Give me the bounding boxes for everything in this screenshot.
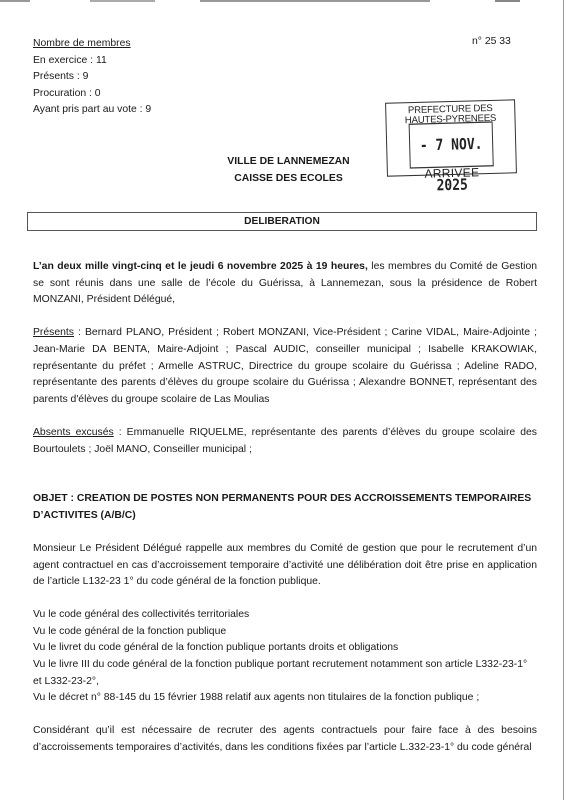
- vu-item: Vu le livret du code général de la fonct…: [33, 640, 537, 657]
- scan-edge-right: [563, 0, 564, 800]
- intro-bold: L’an deux mille vingt-cinq et le jeudi 6…: [33, 261, 368, 272]
- vu-item: Vu le code général des collectivités ter…: [33, 607, 537, 624]
- absents-label: Absents excusés: [33, 427, 114, 438]
- vu-list: Vu le code général des collectivités ter…: [33, 607, 537, 707]
- members-line: En exercice : 11: [33, 53, 151, 70]
- vu-item: Vu le décret n° 88-145 du 15 février 198…: [33, 690, 537, 707]
- rappel-paragraph: Monsieur Le Président Délégué rappelle a…: [33, 541, 537, 591]
- members-title: Nombre de membres: [33, 36, 151, 53]
- scan-edge-top: [0, 0, 567, 2]
- document-body: L’an deux mille vingt-cinq et le jeudi 6…: [33, 259, 537, 773]
- members-line: Ayant pris part au vote : 9: [33, 102, 151, 119]
- presents-text: : Bernard PLANO, Président ; Robert MONZ…: [33, 327, 537, 404]
- members-line: Présents : 9: [33, 69, 151, 86]
- members-line: Procuration : 0: [33, 86, 151, 103]
- organization-header: VILLE DE LANNEMEZAN CAISSE DES ECOLES: [0, 153, 567, 187]
- org-line1: VILLE DE LANNEMEZAN: [10, 153, 567, 170]
- presents-paragraph: Présents : Bernard PLANO, Président ; Ro…: [33, 325, 537, 408]
- document-number: n° 25 33: [472, 36, 511, 47]
- intro-paragraph: L’an deux mille vingt-cinq et le jeudi 6…: [33, 259, 537, 309]
- vu-item: Vu le livre III du code général de la fo…: [33, 657, 537, 690]
- members-count-block: Nombre de membres En exercice : 11 Prése…: [33, 36, 151, 119]
- org-line2: CAISSE DES ECOLES: [10, 170, 567, 187]
- deliberation-title: DELIBERATION: [27, 212, 537, 231]
- objet-heading: OBJET : CREATION DE POSTES NON PERMANENT…: [33, 491, 537, 524]
- presents-label: Présents: [33, 327, 74, 338]
- absents-paragraph: Absents excusés : Emmanuelle RIQUELME, r…: [33, 425, 537, 458]
- considerant-paragraph: Considérant qu’il est nécessaire de recr…: [33, 723, 537, 756]
- vu-item: Vu le code général de la fonction publiq…: [33, 624, 537, 641]
